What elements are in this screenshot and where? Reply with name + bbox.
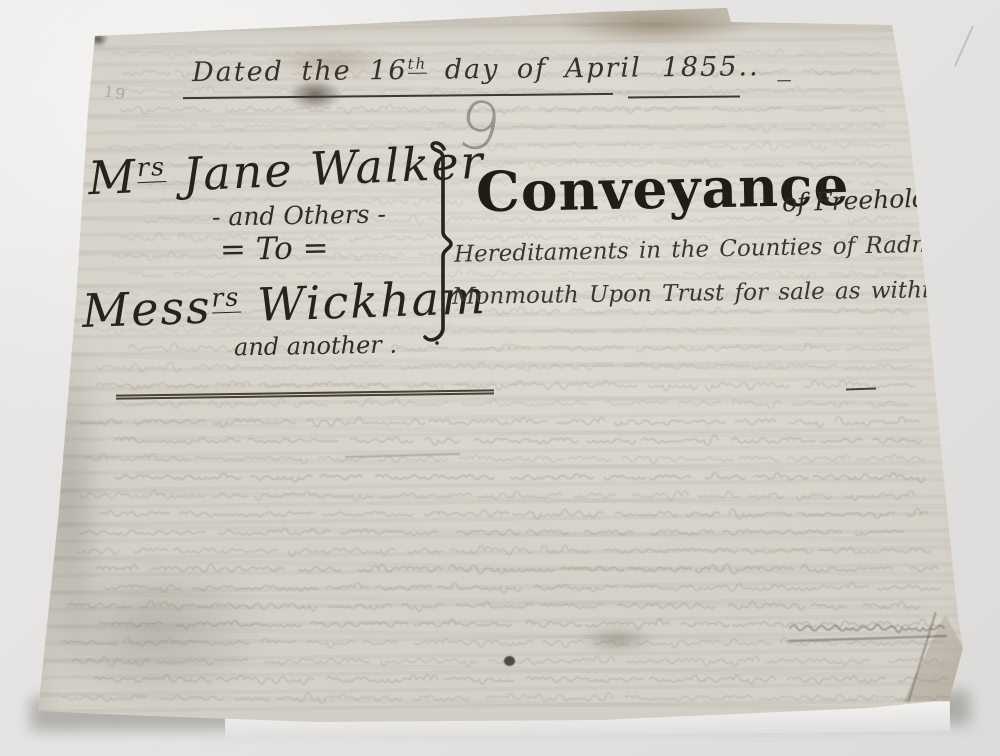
photograph-background: Dated the 16th day of April1855.. _ 9 19… — [0, 0, 1000, 756]
docket-text-layer: Dated the 16th day of April1855.. _ 9 19… — [0, 0, 1000, 756]
conveyance-line3: Monmouth Upon Trust for sale as within .… — [452, 276, 1000, 310]
date-text-rest: day of April — [427, 52, 642, 85]
grantee-lead: Mess — [81, 280, 212, 338]
date-trailer-flourish: .. _ — [738, 51, 793, 83]
pencil-corner-mark: 19 — [103, 82, 129, 103]
parchment-document: Dated the 16th day of April1855.. _ 9 19… — [0, 0, 1000, 756]
grantor-lead: M — [87, 149, 138, 205]
conveyance-line2: Hereditaments in the Counties of Radnor … — [454, 230, 1000, 268]
conveyance-heading-suffix: of Freehold — [782, 183, 929, 217]
year-underline — [628, 96, 740, 99]
date-ordinal-sup: th — [407, 55, 427, 74]
to-connector: = To = — [220, 230, 329, 268]
date-year: 1855 — [662, 51, 739, 83]
background-scratch-mark — [954, 25, 974, 66]
date-text: Dated the 16 — [192, 55, 408, 88]
grantee-sup: rs — [211, 282, 241, 313]
docket-date-line: Dated the 16th day of April1855.. _ — [192, 51, 793, 88]
grantor-qualifier: - and Others - — [212, 199, 386, 231]
grantee-qualifier: and another . — [234, 331, 397, 362]
date-underline — [183, 93, 613, 99]
right-margin-dash — [846, 387, 876, 390]
grantor-sup: rs — [136, 152, 166, 183]
double-rule — [116, 389, 494, 400]
